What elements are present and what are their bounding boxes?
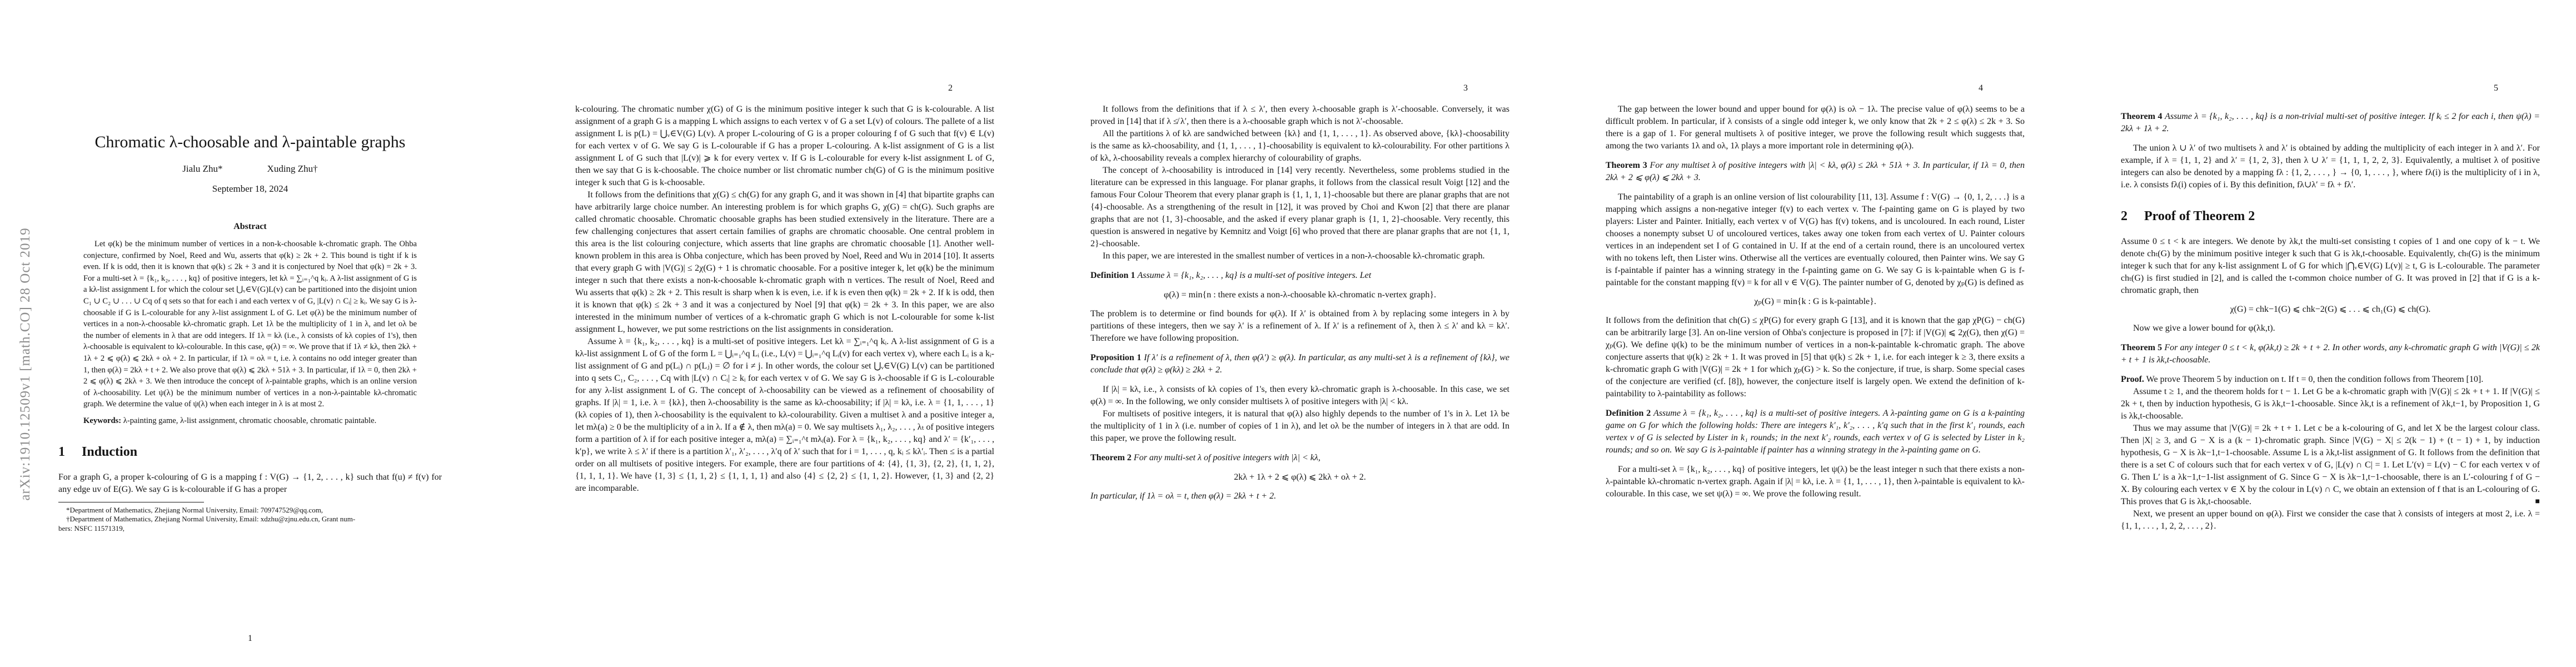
theorem-text: For any integer 0 ≤ t < k, φ(λk,t) ≥ 2k …	[2121, 343, 2540, 365]
paragraph: For a graph G, a proper k-colouring of G…	[58, 471, 442, 496]
paragraph: All the partitions λ of kλ are sandwiche…	[1090, 128, 1509, 165]
page-3-content: It follows from the definitions that if …	[1090, 103, 1509, 502]
footnote: †Department of Mathematics, Zhejiang Nor…	[58, 515, 442, 524]
page-5-content: Theorem 4 Assume λ = {k₁, k₂, . . . , kq…	[2121, 103, 2540, 532]
paragraph: It follows from the definition that ch(G…	[1606, 315, 2025, 400]
paragraph: The paintability of a graph is an online…	[1606, 191, 2025, 289]
qed-symbol: ■	[2523, 496, 2540, 508]
theorem: Theorem 5 For any integer 0 ≤ t < k, φ(λ…	[2121, 342, 2540, 366]
theorem: Theorem 4 Assume λ = {k₁, k₂, . . . , kq…	[2121, 111, 2540, 135]
author: Xuding Zhu†	[267, 163, 318, 175]
page-4: 4 The gap between the lower bound and up…	[1546, 0, 2061, 667]
equation: χ(G) = chk−1(G) ⩽ chk−2(G) ⩽ . . . ⩽ ch₁…	[2121, 303, 2540, 316]
paragraph: Next, we present an upper bound on φ(λ).…	[2121, 508, 2540, 532]
theorem-text: Assume λ = {k₁, k₂, . . . , kq} is a mul…	[1606, 409, 2025, 455]
section-title: Induction	[82, 445, 137, 459]
arxiv-watermark: arXiv:1910.12509v1 [math.CO] 28 Oct 2019	[18, 120, 33, 609]
paragraph: The gap between the lower bound and uppe…	[1606, 103, 2025, 152]
keywords-label: Keywords:	[83, 416, 121, 425]
page-1: arXiv:1910.12509v1 [math.CO] 28 Oct 2019…	[0, 0, 515, 667]
theorem-label: Definition 1	[1090, 271, 1135, 280]
paragraph: Assume 0 ≤ t < k are integers. We denote…	[2121, 236, 2540, 297]
paragraph: Proof. We prove Theorem 5 by induction o…	[2121, 374, 2540, 386]
keywords: Keywords: λ-painting game, λ-list assign…	[83, 415, 417, 427]
theorem-text: Assume λ = {k₁, k₂, . . . , kq} is a mul…	[1137, 271, 1371, 280]
theorem: Definition 1 Assume λ = {k₁, k₂, . . . ,…	[1090, 270, 1509, 282]
paragraph: Now we give a lower bound for φ(λk,t).	[2121, 322, 2540, 335]
authors: Jialu Zhu*Xuding Zhu†	[58, 163, 442, 175]
paragraph: Thus we may assume that |V(G)| = 2k + t …	[2121, 422, 2540, 508]
theorem: Theorem 2 For any multi-set λ of positiv…	[1090, 452, 1509, 464]
section-heading: 1Induction	[58, 444, 442, 460]
paragraph: Assume t ≥ 1, and the theorem holds for …	[2121, 386, 2540, 422]
page-4-content: The gap between the lower bound and uppe…	[1606, 103, 2025, 500]
theorem-label: Proposition 1	[1090, 353, 1142, 362]
paragraph: The union λ ∪ λ′ of two multisets λ and …	[2121, 142, 2540, 191]
date: September 18, 2024	[58, 183, 442, 195]
paragraph-label: Proof.	[2121, 375, 2144, 384]
page-number: 1	[58, 634, 442, 644]
theorem-text: If λ′ is a refinement of λ, then φ(λ′) ≥…	[1090, 353, 1509, 375]
page-2-content: k-colouring. The chromatic number χ(G) o…	[575, 103, 994, 495]
equation: φ(λ) = min{n : there exists a non-λ-choo…	[1090, 289, 1509, 301]
page-number: 2	[948, 83, 953, 93]
theorem-label: Theorem 4	[2121, 112, 2163, 121]
footnotes: *Department of Mathematics, Zhejiang Nor…	[58, 502, 442, 534]
theorem-label: Definition 2	[1606, 409, 1651, 418]
page-number: 4	[1979, 83, 1983, 93]
footnote-rule	[58, 502, 204, 502]
footnote: bers: NSFC 11571319,	[58, 524, 442, 534]
page-number: 3	[1463, 83, 1468, 93]
paragraph: If |λ| = kλ, i.e., λ consists of kλ copi…	[1090, 384, 1509, 408]
paragraph: For a multi-set λ = {k₁, k₂, . . . , kq}…	[1606, 464, 2025, 500]
section-number: 2	[2121, 209, 2127, 223]
equation: 2kλ + 1λ + 2 ⩽ φ(λ) ⩽ 2kλ + oλ + 2.	[1090, 471, 1509, 484]
theorem-label: Theorem 5	[2121, 343, 2162, 352]
section-title: Proof of Theorem 2	[2144, 209, 2255, 223]
abstract-text: Let φ(k) be the minimum number of vertic…	[83, 238, 417, 410]
paragraph: Assume λ = {k₁, k₂, . . . , kq} is a mul…	[575, 336, 994, 495]
section-heading: 2Proof of Theorem 2	[2121, 208, 2540, 225]
theorem: Theorem 3 For any multiset λ of positive…	[1606, 160, 2025, 184]
equation: χₚ(G) = min{k : G is k-paintable}.	[1606, 296, 2025, 308]
abstract-heading: Abstract	[58, 221, 442, 233]
paragraph: The problem is to determine or find boun…	[1090, 308, 1509, 345]
paragraph: For multisets of positive integers, it i…	[1090, 408, 1509, 445]
paragraph: It follows from the definitions that χ(G…	[575, 189, 994, 336]
author: Jialu Zhu*	[182, 163, 222, 175]
page-5: 5 Theorem 4 Assume λ = {k₁, k₂, . . . , …	[2061, 0, 2576, 667]
page-3: 3 It follows from the definitions that i…	[1030, 0, 1546, 667]
paragraph: The concept of λ-choosability is introdu…	[1090, 165, 1509, 250]
theorem-text: In particular, if 1λ = oλ = t, then φ(λ)…	[1090, 490, 1509, 502]
paragraph: k-colouring. The chromatic number χ(G) o…	[575, 103, 994, 189]
paper-title: Chromatic λ-choosable and λ-paintable gr…	[78, 130, 422, 154]
footnote: *Department of Mathematics, Zhejiang Nor…	[58, 506, 442, 515]
theorem-text: Assume λ = {k₁, k₂, . . . , kq} is a non…	[2121, 112, 2540, 133]
theorem-label: Theorem 3	[1606, 161, 1647, 170]
theorem: Proposition 1 If λ′ is a refinement of λ…	[1090, 352, 1509, 376]
theorem: Definition 2 Assume λ = {k₁, k₂, . . . ,…	[1606, 407, 2025, 456]
theorem-text: For any multi-set λ of positive integers…	[1134, 453, 1321, 462]
paragraph: In this paper, we are interested in the …	[1090, 250, 1509, 262]
paragraph: It follows from the definitions that if …	[1090, 103, 1509, 128]
page-1-content: Chromatic λ-choosable and λ-paintable gr…	[58, 130, 442, 533]
theorem-label: Theorem 2	[1090, 453, 1132, 462]
page-number: 5	[2494, 83, 2498, 93]
page-2: 2 k-colouring. The chromatic number χ(G)…	[515, 0, 1030, 667]
section-number: 1	[58, 445, 65, 459]
theorem-text: For any multiset λ of positive integers …	[1606, 161, 2025, 182]
